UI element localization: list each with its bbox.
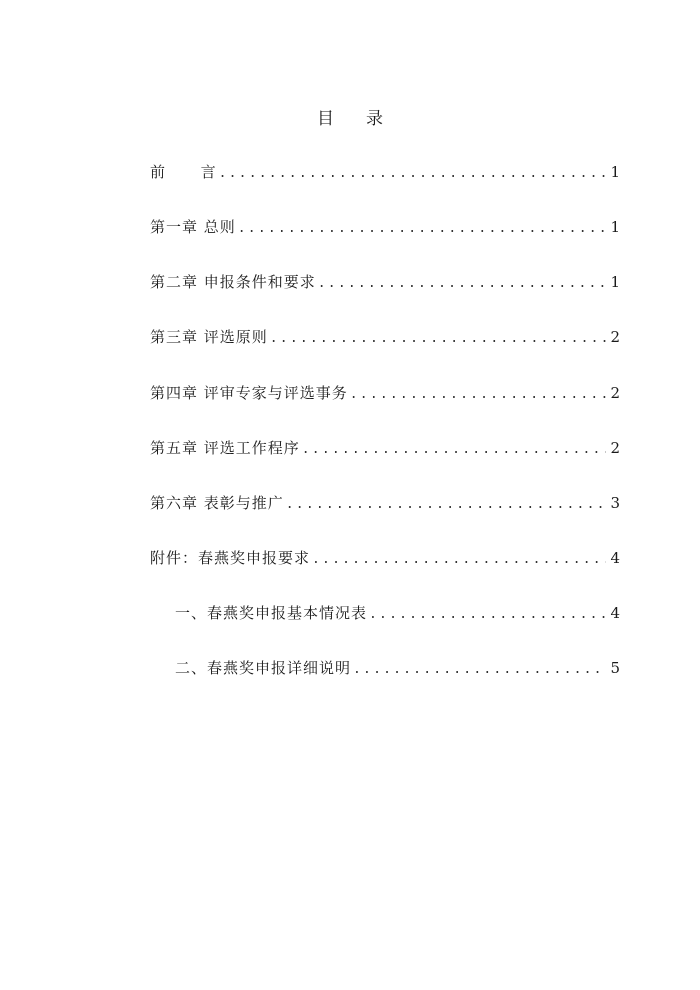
toc-entry-appendix[interactable]: 附件：春燕奖申报要求 4	[150, 546, 620, 570]
toc-entry-chapter-2[interactable]: 第二章 申报条件和要求 1	[150, 270, 620, 294]
toc-entry-label: 前 言	[150, 160, 217, 184]
toc-entry-label: 二、春燕奖申报详细说明	[175, 656, 351, 680]
toc-title: 目录	[0, 104, 700, 129]
dot-leader	[369, 603, 606, 627]
toc-entry-page: 5	[610, 656, 620, 680]
toc-entry-page: 1	[610, 215, 620, 239]
toc-entry-page: 3	[610, 491, 620, 515]
toc-entry-label: 一、春燕奖申报基本情况表	[175, 601, 367, 625]
toc-entry-label: 第一章 总则	[150, 215, 236, 239]
toc-entry-preface[interactable]: 前 言 1	[150, 160, 620, 184]
toc-entry-label: 第六章 表彰与推广	[150, 491, 284, 515]
toc-entry-page: 2	[610, 381, 620, 405]
toc-entry-page: 4	[610, 601, 620, 625]
toc-entry-chapter-4[interactable]: 第四章 评审专家与评选事务 2	[150, 381, 620, 405]
dot-leader	[302, 438, 606, 462]
toc-entry-label: 第四章 评审专家与评选事务	[150, 381, 348, 405]
dot-leader	[350, 383, 606, 407]
dot-leader	[270, 327, 606, 351]
toc-entry-label: 附件：春燕奖申报要求	[150, 546, 310, 570]
toc-entry-label: 第五章 评选工作程序	[150, 436, 300, 460]
toc-entry-label: 第二章 申报条件和要求	[150, 270, 316, 294]
toc-entry-appendix-1[interactable]: 一、春燕奖申报基本情况表 4	[175, 601, 620, 625]
toc-title-char-1: 目	[317, 109, 334, 129]
toc-entry-chapter-6[interactable]: 第六章 表彰与推广 3	[150, 491, 620, 515]
dot-leader	[353, 658, 606, 682]
toc-entry-page: 1	[610, 270, 620, 294]
dot-leader	[318, 272, 606, 296]
dot-leader	[238, 217, 606, 241]
toc-entry-label: 第三章 评选原则	[150, 325, 268, 349]
dot-leader	[286, 493, 606, 517]
toc-entry-appendix-2[interactable]: 二、春燕奖申报详细说明 5	[175, 656, 620, 680]
toc-entry-chapter-5[interactable]: 第五章 评选工作程序 2	[150, 436, 620, 460]
toc-title-char-2: 录	[366, 109, 383, 129]
toc-entry-chapter-1[interactable]: 第一章 总则 1	[150, 215, 620, 239]
toc-entry-page: 2	[610, 436, 620, 460]
document-page: 目录 前 言 1 第一章 总则 1 第二章 申报条件和要求 1 第三章 评选原则…	[0, 0, 700, 990]
toc-entry-page: 1	[610, 160, 620, 184]
toc-entry-chapter-3[interactable]: 第三章 评选原则 2	[150, 325, 620, 349]
toc-entry-page: 2	[610, 325, 620, 349]
toc-entry-page: 4	[610, 546, 620, 570]
dot-leader	[312, 548, 606, 572]
dot-leader	[219, 162, 606, 186]
